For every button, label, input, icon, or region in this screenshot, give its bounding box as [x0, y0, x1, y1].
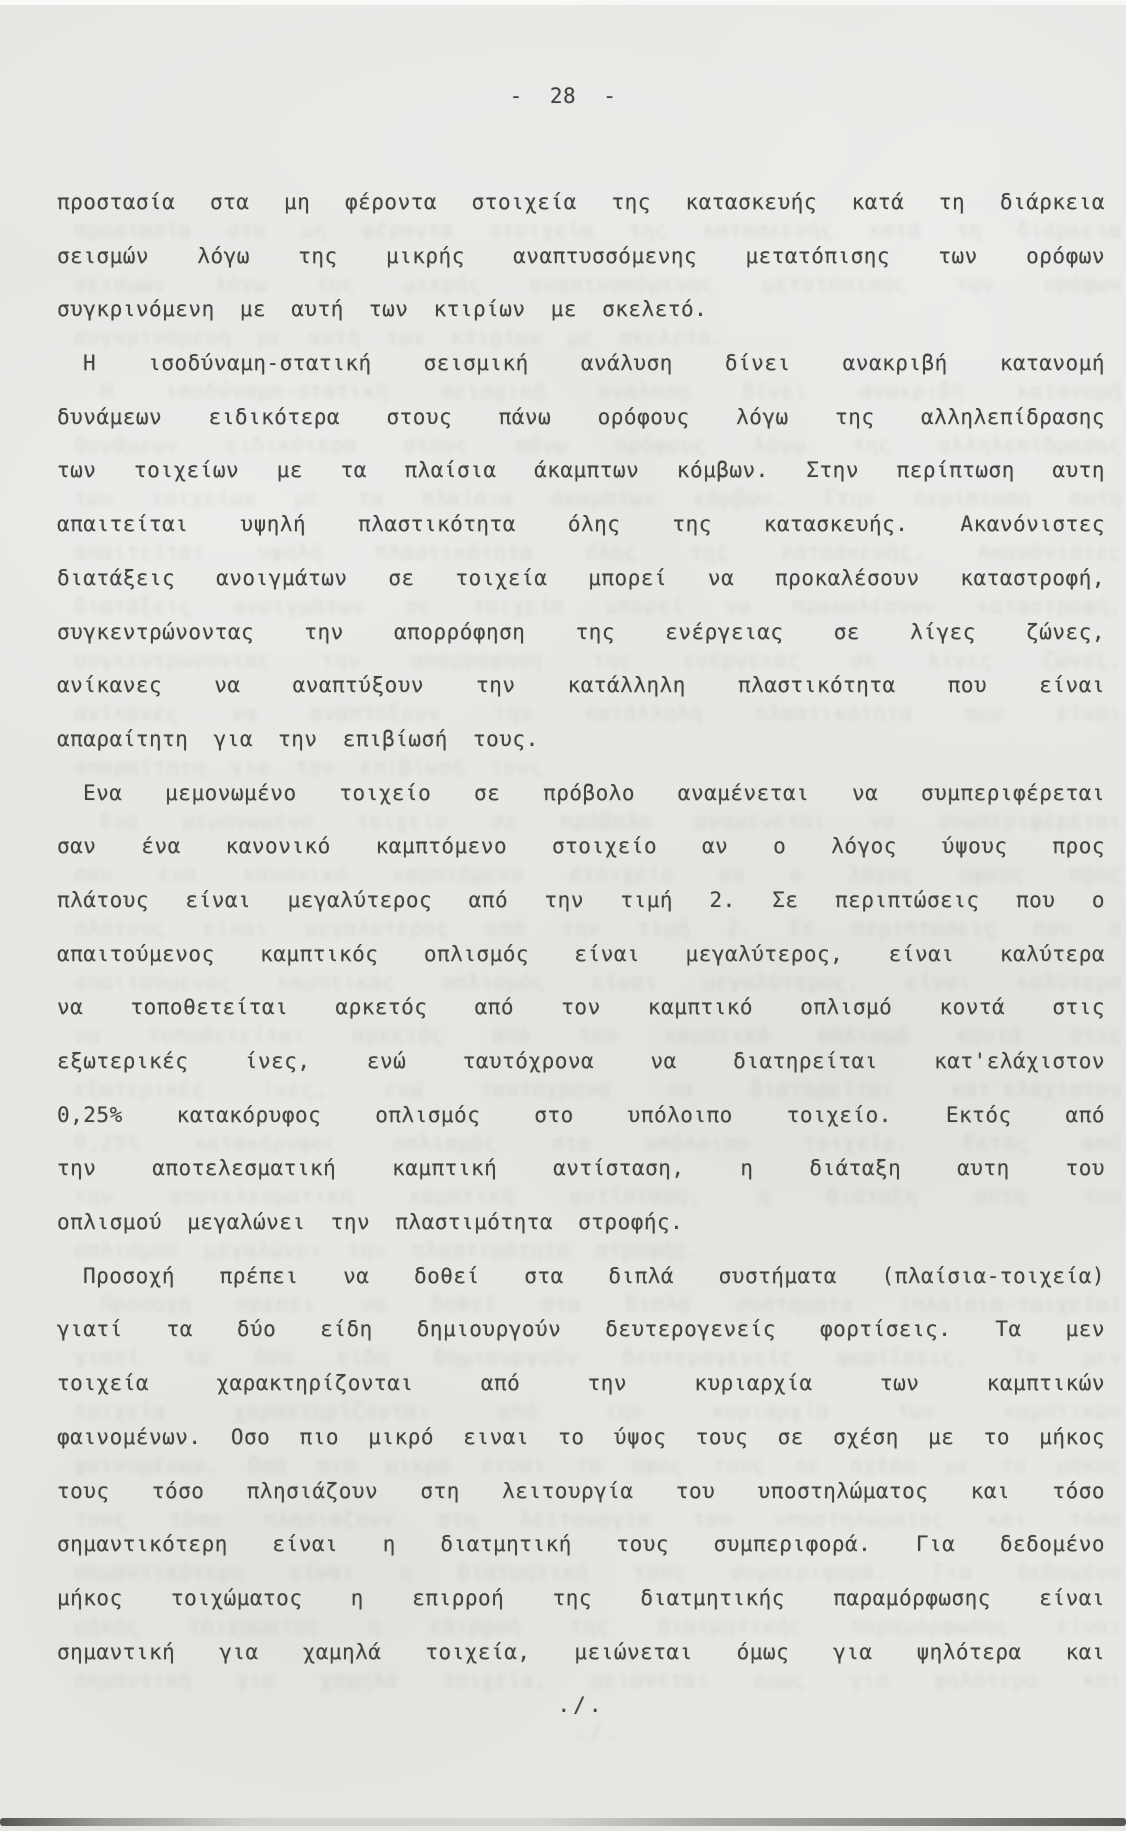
text-line: οπλισμού μεγαλώνει την πλαστιμότητα στρο…	[57, 1196, 1105, 1250]
page-number: - 28 -	[0, 84, 1126, 108]
text-block: προστασία στα μη φέροντα στοιχεία της κα…	[57, 176, 1105, 1733]
text-line: Ενα μεμονωμένο τοιχείο σε πρόβολο αναμέν…	[57, 767, 1105, 821]
text-line: πλάτους είναι μεγαλύτερος από την τιμή 2…	[57, 874, 1105, 928]
text-line: Προσοχή πρέπει να δοθεί στα διπλά συστήμ…	[57, 1250, 1105, 1304]
text-line: 0,25% κατακόρυφος οπλισμός στο υπόλοιπο …	[57, 1089, 1105, 1143]
paper-top-edge	[0, 0, 1126, 5]
text-line: απαιτείται υψηλή πλαστικότητα όλης της κ…	[57, 498, 1105, 552]
text-line: των τοιχείων με τα πλαίσια άκαμπτων κόμβ…	[57, 444, 1105, 498]
text-line: εξωτερικές ίνες, ενώ ταυτόχρονα να διατη…	[57, 1035, 1105, 1089]
text-line: διατάξεις ανοιγμάτων σε τοιχεία μπορεί ν…	[57, 552, 1105, 606]
text-line: συγκρινόμενη με αυτή των κτιρίων με σκελ…	[57, 283, 1105, 337]
text-line: απαιτούμενος καμπτικός οπλισμός είναι με…	[57, 928, 1105, 982]
scanned-page: { "page": { "header": { "page_number_lab…	[0, 0, 1126, 1831]
text-line: σαν ένα κανονικό καμπτόμενο στοιχείο αν …	[57, 820, 1105, 874]
text-line: σημαντικότερη είναι η διατμητική τους συ…	[57, 1518, 1105, 1572]
text-line: σεισμών λόγω της μικρής αναπτυσσόμενης μ…	[57, 230, 1105, 284]
paper-bottom-edge	[0, 1818, 1126, 1826]
text-line: σημαντική για χαμηλά τοιχεία, μειώνεται …	[57, 1626, 1105, 1680]
text-line: ανίκανες να αναπτύξουν την κατάλληλη πλα…	[57, 659, 1105, 713]
text-line: φαινομένων. Οσο πιο μικρό ειναι το ύψος …	[57, 1411, 1105, 1465]
text-line: απαραίτητη για την επιβίωσή τους.	[57, 713, 1105, 767]
text-line: την αποτελεσματική καμπτική αντίσταση, η…	[57, 1142, 1105, 1196]
text-line: τοιχεία χαρακτηρίζονται από την κυριαρχί…	[57, 1357, 1105, 1411]
text-line: τους τόσο πλησιάζουν στη λειτουργία του …	[57, 1465, 1105, 1519]
text-line: δυνάμεων ειδικότερα στους πάνω ορόφους λ…	[57, 391, 1105, 445]
end-of-page-marker: ./.	[57, 1679, 1105, 1733]
text-line: μήκος τοιχώματος η επιρροή της διατμητικ…	[57, 1572, 1105, 1626]
text-line: προστασία στα μη φέροντα στοιχεία της κα…	[57, 176, 1105, 230]
text-line: Η ισοδύναμη-στατική σεισμική ανάλυση δίν…	[57, 337, 1105, 391]
text-line: να τοποθετείται αρκετός από τον καμπτικό…	[57, 981, 1105, 1035]
text-line: συγκεντρώνοντας την απορρόφηση της ενέργ…	[57, 606, 1105, 660]
text-line: γιατί τα δύο είδη δημιουργούν δευτερογεν…	[57, 1303, 1105, 1357]
